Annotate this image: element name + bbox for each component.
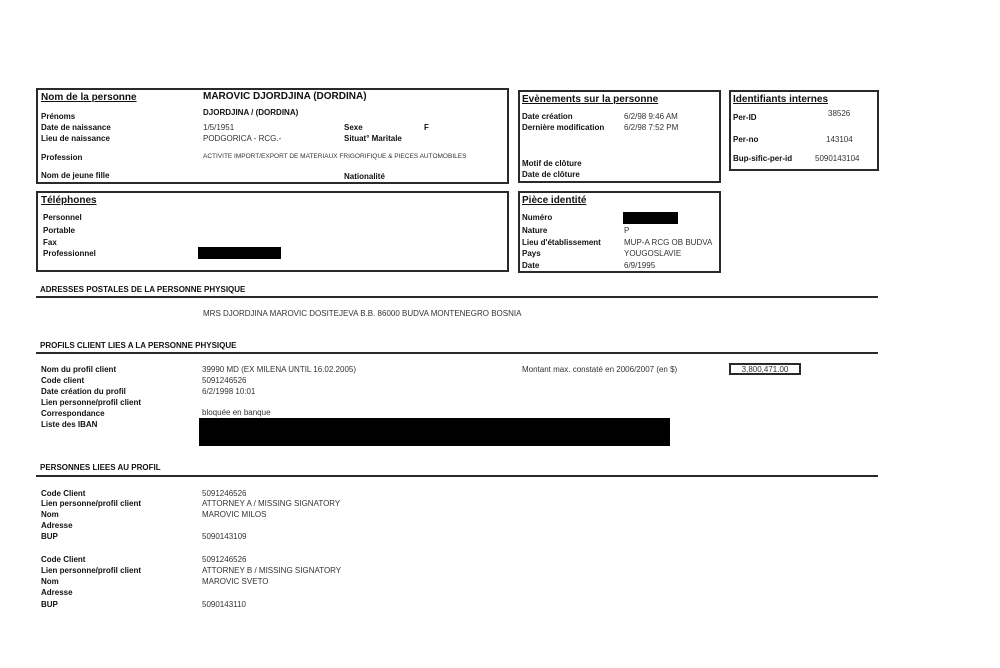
lp2-client-code-label: Code Client — [41, 555, 85, 564]
phones-box — [36, 191, 509, 272]
lp2-name-label: Nom — [41, 577, 59, 586]
bup-value: 5090143104 — [815, 154, 860, 163]
profile-name-label: Nom du profil client — [41, 365, 116, 374]
maiden-name-label: Nom de jeune fille — [41, 171, 109, 180]
modified-value: 6/2/98 7:52 PM — [624, 123, 678, 132]
id-number-redaction — [623, 212, 678, 224]
client-code-label: Code client — [41, 376, 84, 385]
lp2-bup-label: BUP — [41, 600, 58, 609]
birth-date-value: 1/5/1951 — [203, 123, 234, 132]
events-box-title: Evènements sur la personne — [522, 94, 658, 105]
person-full-name: MAROVIC DJORDJINA (DORDINA) — [203, 91, 367, 102]
per-id-value: 38526 — [828, 109, 850, 118]
id-number-label: Numéro — [522, 213, 552, 222]
id-document-title: Pièce identité — [522, 195, 586, 206]
bup-label: Bup-sific-per-id — [733, 154, 792, 163]
profile-created-label: Date création du profil — [41, 387, 126, 396]
prenoms-label: Prénoms — [41, 112, 75, 121]
lp2-link-value: ATTORNEY B / MISSING SIGNATORY — [202, 566, 341, 575]
link-label: Lien personne/profil client — [41, 398, 141, 407]
max-amount-label: Montant max. constaté en 2006/2007 (en $… — [522, 365, 677, 374]
phone-personal-label: Personnel — [43, 213, 82, 222]
correspondence-value: bloquée en banque — [202, 408, 271, 417]
lp2-name-value: MAROVIC SVETO — [202, 577, 269, 586]
created-label: Date création — [522, 112, 573, 121]
lp2-address-label: Adresse — [41, 588, 73, 597]
client-code-value: 5091246526 — [202, 376, 247, 385]
closure-reason-label: Motif de clôture — [522, 159, 582, 168]
phone-fax-label: Fax — [43, 238, 57, 247]
phone-mobile-label: Portable — [43, 226, 75, 235]
profession-label: Profession — [41, 153, 82, 162]
nationality-label: Nationalité — [344, 172, 385, 181]
per-no-value: 143104 — [826, 135, 853, 144]
linked-persons-section-title: PERSONNES LIEES AU PROFIL — [40, 463, 161, 472]
profile-name-value: 39990 MD (EX MILENA UNTIL 16.02.2005) — [202, 365, 356, 374]
id-place-value: MUP-A RCG OB BUDVA — [624, 238, 713, 247]
lp1-address-label: Adresse — [41, 521, 73, 530]
closure-date-label: Date de clôture — [522, 170, 580, 179]
profession-value: ACTIVITE IMPORT/EXPORT DE MATERIAUX FRIG… — [203, 153, 466, 160]
phones-title: Téléphones — [41, 195, 97, 206]
per-id-label: Per-ID — [733, 113, 757, 122]
id-country-value: YOUGOSLAVIE — [624, 249, 681, 258]
prenoms-value: DJORDJINA / (DORDINA) — [203, 108, 298, 117]
addresses-section-title: ADRESSES POSTALES DE LA PERSONNE PHYSIQU… — [40, 285, 245, 294]
internal-ids-title: Identifiants internes — [733, 94, 828, 105]
max-amount-box: 3,800,471.00 — [729, 363, 801, 375]
birth-date-label: Date de naissance — [41, 123, 111, 132]
id-country-label: Pays — [522, 249, 541, 258]
addresses-section-rule — [36, 296, 878, 298]
lp1-name-value: MAROVIC MILOS — [202, 510, 266, 519]
address-value: MRS DJORDJINA MAROVIC DOSITEJEVA B.B. 86… — [203, 309, 521, 318]
lp1-name-label: Nom — [41, 510, 59, 519]
id-nature-value: P — [624, 226, 629, 235]
per-no-label: Per-no — [733, 135, 758, 144]
lp2-link-label: Lien personne/profil client — [41, 566, 141, 575]
created-value: 6/2/98 9:46 AM — [624, 112, 678, 121]
lp2-bup-value: 5090143110 — [202, 600, 246, 609]
lp1-client-code-label: Code Client — [41, 489, 85, 498]
phone-professional-redaction — [198, 247, 281, 259]
birth-place-label: Lieu de naissance — [41, 134, 110, 143]
modified-label: Dernière modification — [522, 123, 604, 132]
correspondence-label: Correspondance — [41, 409, 105, 418]
lp2-client-code-value: 5091246526 — [202, 555, 247, 564]
marital-label: Situat° Maritale — [344, 134, 402, 143]
sex-value: F — [424, 123, 429, 132]
id-date-value: 6/9/1995 — [624, 261, 655, 270]
profile-created-value: 6/2/1998 10:01 — [202, 387, 255, 396]
id-nature-label: Nature — [522, 226, 547, 235]
lp1-bup-label: BUP — [41, 532, 58, 541]
lp1-link-label: Lien personne/profil client — [41, 499, 141, 508]
phone-professional-label: Professionnel — [43, 249, 96, 258]
sex-label: Sexe — [344, 123, 363, 132]
birth-place-value: PODGORICA - RCG.- — [203, 134, 281, 143]
lp1-bup-value: 5090143109 — [202, 532, 247, 541]
profiles-section-rule — [36, 352, 878, 354]
linked-persons-section-rule — [36, 475, 878, 477]
profiles-section-title: PROFILS CLIENT LIES A LA PERSONNE PHYSIQ… — [40, 341, 236, 350]
lp1-link-value: ATTORNEY A / MISSING SIGNATORY — [202, 499, 340, 508]
iban-redaction — [199, 418, 670, 446]
id-place-label: Lieu d'établissement — [522, 238, 601, 247]
lp1-client-code-value: 5091246526 — [202, 489, 247, 498]
iban-label: Liste des IBAN — [41, 420, 97, 429]
person-box-title: Nom de la personne — [41, 92, 137, 103]
id-date-label: Date — [522, 261, 539, 270]
